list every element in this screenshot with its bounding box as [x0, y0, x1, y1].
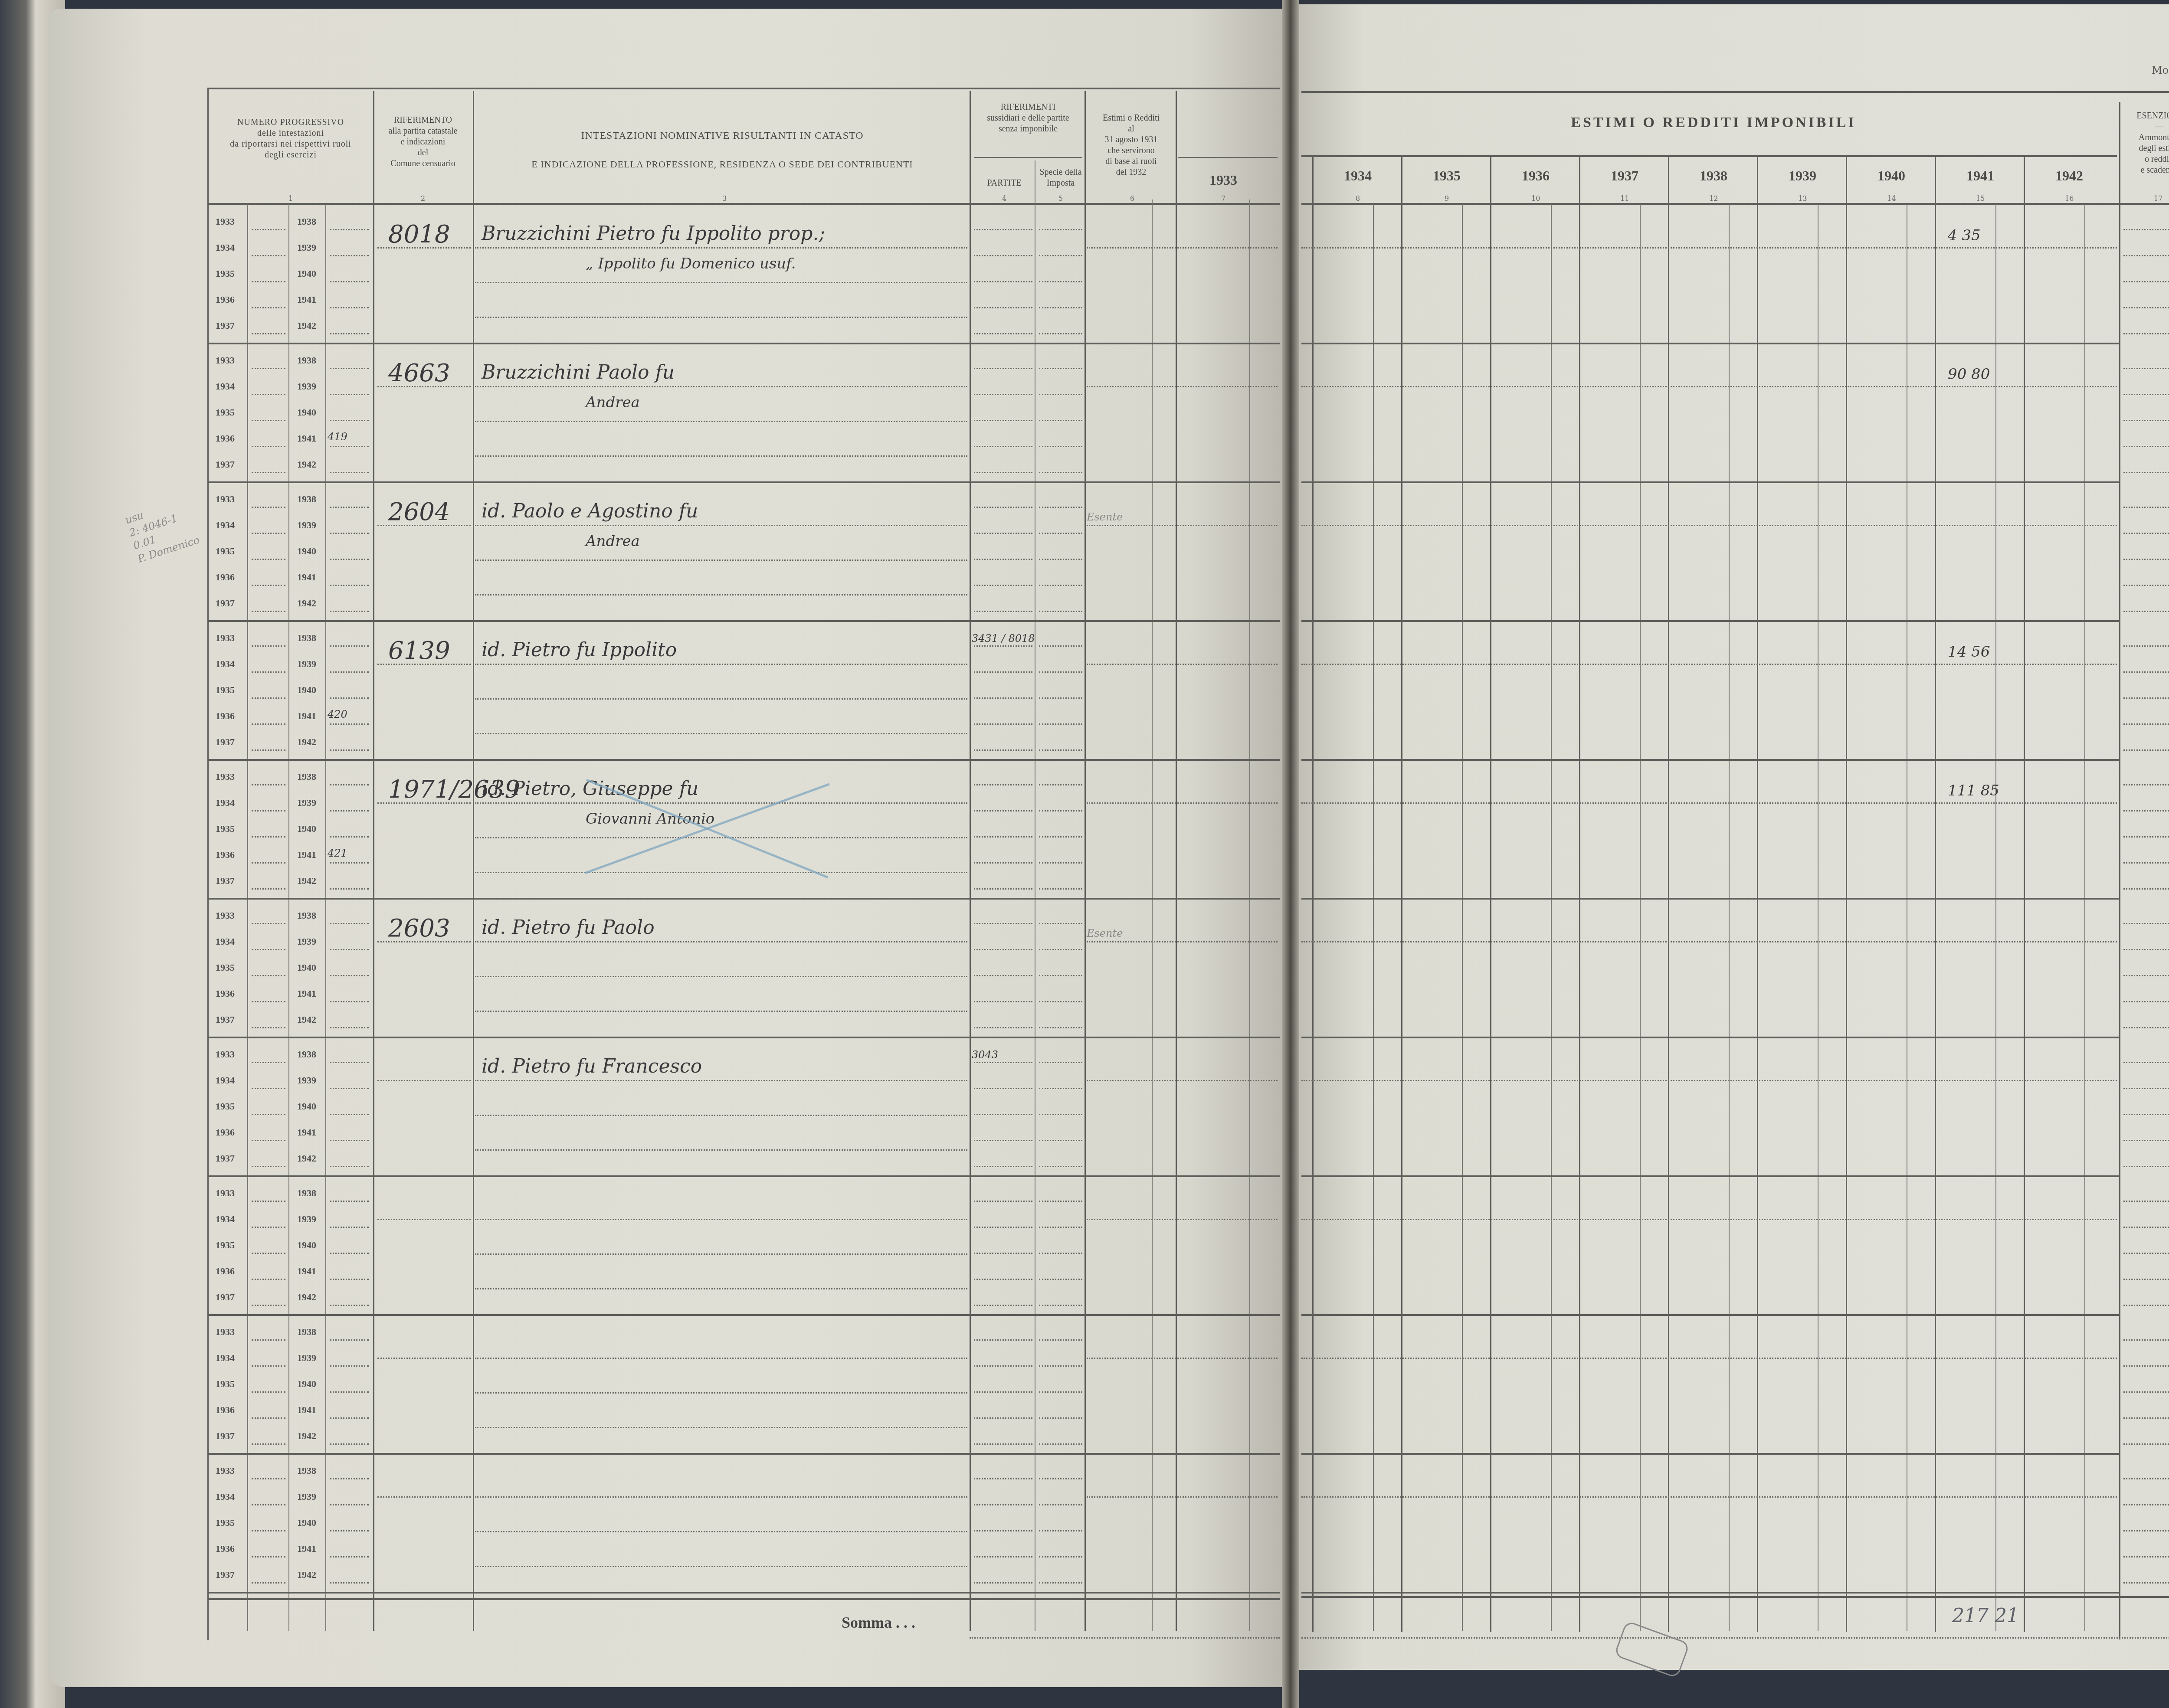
- year-blank: [252, 975, 285, 976]
- col1-number: 1: [286, 194, 295, 203]
- specie-line: [1039, 1582, 1082, 1584]
- year-label: 1935: [216, 962, 235, 973]
- specie-line: [1039, 307, 1082, 308]
- year-label: 1936: [216, 988, 235, 999]
- divider-col6-cents: [1152, 200, 1153, 1631]
- year-label: 1942: [297, 320, 316, 331]
- progressivo-number: 419: [328, 431, 347, 443]
- specie-line: [1039, 1279, 1082, 1280]
- year-label: 1934: [216, 936, 235, 947]
- col15-number: 15: [1976, 194, 1985, 203]
- name-line: [475, 1115, 967, 1116]
- partite-line: [974, 888, 1032, 890]
- year-blank: [252, 446, 285, 447]
- col7-top-divider: [1178, 157, 1278, 158]
- year-label: 1940: [297, 268, 316, 279]
- specie-line: [1039, 533, 1082, 534]
- row-divider: [208, 1314, 1280, 1316]
- year-label: 1940: [297, 407, 316, 418]
- partite-line: [974, 1530, 1032, 1531]
- col10-number: 10: [1531, 194, 1540, 203]
- riferimenti-title: RIFERIMENTI: [972, 102, 1084, 113]
- name-line: [475, 1358, 967, 1359]
- specie-line: [1039, 671, 1082, 673]
- partite-line: [974, 975, 1032, 976]
- owner-name: Bruzzichini Pietro fu Ippolito prop.;: [482, 222, 825, 245]
- esenzioni-line: [2123, 533, 2169, 534]
- year-label: 1938: [297, 1465, 316, 1476]
- year-blank: [330, 1478, 369, 1479]
- col1-sub-a: [247, 204, 248, 1631]
- year-label: 1939: [297, 1214, 316, 1225]
- name-line: [475, 1253, 967, 1255]
- esenzioni-line: [2123, 1478, 2169, 1479]
- partita-number: 2603: [388, 914, 450, 942]
- year-blank: [252, 472, 285, 473]
- estimo-line: [1087, 525, 1278, 526]
- partite-line: [974, 697, 1032, 699]
- owner-name: id. Paolo e Agostino fu: [482, 500, 698, 522]
- year-label: 1935: [216, 546, 235, 557]
- col17-line: degli estimi: [2121, 143, 2169, 154]
- esenzioni-line: [2123, 1088, 2169, 1089]
- estimo-line: [1087, 664, 1278, 665]
- year-blank: [330, 1391, 369, 1393]
- esenzioni-line: [2123, 1001, 2169, 1002]
- year-label: 1933: [216, 494, 235, 505]
- year-column-divider: [1757, 157, 1758, 1632]
- estimo-line: [1087, 1080, 1278, 1081]
- specie-line: [1039, 1504, 1082, 1505]
- col2-line: alla partita catastale: [375, 126, 471, 137]
- partite-line: [974, 585, 1032, 586]
- year-label: 1934: [216, 1075, 235, 1086]
- year-blank: [252, 1001, 285, 1002]
- year-blank: [252, 1088, 285, 1089]
- year-blank: [330, 611, 369, 612]
- estimo-line: [1301, 1358, 2117, 1359]
- specie-line: [1039, 923, 1082, 924]
- esenzioni-line: [2123, 784, 2169, 785]
- year-blank: [330, 472, 369, 473]
- year-header-1938: 1938: [1670, 167, 1757, 184]
- year-label: 1935: [216, 407, 235, 418]
- year-label: 1939: [297, 1075, 316, 1086]
- riferimenti-line: senza imponibile: [972, 124, 1084, 134]
- year-label: 1942: [297, 736, 316, 748]
- esenzioni-line: [2123, 255, 2169, 256]
- esenzioni-line: [2123, 507, 2169, 508]
- partite-line: [974, 1227, 1032, 1228]
- table-left-border: [207, 88, 209, 1640]
- partite-line: [974, 1305, 1032, 1306]
- esenzioni-line: [2123, 1227, 2169, 1228]
- year-label: 1940: [297, 546, 316, 557]
- year-label: 1940: [297, 962, 316, 973]
- col1-title: NUMERO PROGRESSIVO: [213, 117, 369, 128]
- name-line: [475, 247, 967, 249]
- year-blank: [330, 1253, 369, 1254]
- estimo-line: [1087, 1496, 1278, 1498]
- year-blank: [252, 1504, 285, 1505]
- specie-line: [1039, 888, 1082, 890]
- year-blank: [330, 1339, 369, 1341]
- year-label: 1942: [297, 1430, 316, 1442]
- specie-line: [1039, 585, 1082, 586]
- estimo-line: [1087, 1358, 1278, 1359]
- esenzioni-line: [2123, 923, 2169, 924]
- year-blank: [252, 1062, 285, 1063]
- row-divider: [1301, 1314, 2119, 1316]
- year-blank: [330, 862, 369, 864]
- year-blank: [252, 1582, 285, 1584]
- year-blank: [252, 1201, 285, 1202]
- year-blank: [330, 645, 369, 647]
- esenzioni-line: [2123, 1391, 2169, 1393]
- col1-line: da riportarsi nei rispettivi ruoli: [213, 139, 369, 150]
- partite-line: [974, 923, 1032, 924]
- year-header-1941: 1941: [1937, 167, 2024, 184]
- year-label: 1933: [216, 1326, 235, 1338]
- progressivo-number: 420: [328, 708, 347, 720]
- year-blank: [252, 255, 285, 256]
- estimo-line: [1301, 1080, 2117, 1081]
- year-column-divider: [1490, 157, 1491, 1632]
- col17-line: e scadenze: [2121, 165, 2169, 176]
- esenzioni-line: [2123, 559, 2169, 560]
- year-blank: [330, 1001, 369, 1002]
- partita-line: [377, 1080, 471, 1081]
- year-label: 1937: [216, 1153, 235, 1164]
- esenzioni-line: [2123, 1166, 2169, 1167]
- partite-reference: 3043: [972, 1049, 998, 1061]
- estimo-1932: Esente: [1087, 511, 1123, 523]
- year-label: 1942: [297, 1153, 316, 1164]
- owner-name: id. Pietro fu Francesco: [482, 1055, 702, 1077]
- year-blank: [252, 1556, 285, 1557]
- year-label: 1937: [216, 875, 235, 887]
- col1-sub-c: [325, 204, 326, 1631]
- esenzioni-line: [2123, 611, 2169, 612]
- name-line: [475, 421, 967, 422]
- specie-line: [1039, 949, 1082, 950]
- riferimenti-header: RIFERIMENTI sussidiari e delle partite s…: [972, 102, 1084, 134]
- year-label: 1936: [216, 849, 235, 861]
- year-blank: [330, 1556, 369, 1557]
- year-blank: [252, 1339, 285, 1341]
- year-blank: [252, 1365, 285, 1367]
- year-blank: [252, 1253, 285, 1254]
- year-label: 1940: [297, 684, 316, 696]
- owner-name: Bruzzichini Paolo fu: [482, 361, 675, 383]
- name-line: [475, 1496, 967, 1498]
- partite-line: [974, 1114, 1032, 1115]
- year-blank: [252, 1114, 285, 1115]
- specie-line: [1039, 1140, 1082, 1141]
- year-blank: [330, 307, 369, 308]
- year-blank: [330, 1062, 369, 1063]
- esenzioni-line: [2123, 671, 2169, 673]
- col14-number: 14: [1887, 194, 1896, 203]
- year-label: 1935: [216, 1240, 235, 1251]
- cents-divider: [1373, 204, 1374, 1631]
- esenzioni-line: [2123, 281, 2169, 282]
- row-divider: [1301, 481, 2119, 483]
- year-blank: [252, 333, 285, 334]
- specie-line: [1039, 975, 1082, 976]
- year-blank: [330, 1227, 369, 1228]
- partite-line: [974, 1417, 1032, 1419]
- year-label: 1941: [297, 710, 316, 722]
- year-label: 1935: [216, 823, 235, 834]
- year-label: 1942: [297, 459, 316, 470]
- name-line: [475, 733, 967, 734]
- year-blank: [330, 836, 369, 838]
- year-blank: [252, 420, 285, 421]
- year-blank: [252, 1027, 285, 1028]
- owner-name-continued: Andrea: [586, 533, 640, 550]
- name-line: [475, 1149, 967, 1151]
- year-blank: [330, 533, 369, 534]
- col6-line: 31 agosto 1931: [1087, 134, 1176, 145]
- specie-line: [1039, 229, 1082, 230]
- year-blank: [330, 559, 369, 560]
- partite-line: [974, 1253, 1032, 1254]
- divider-col2-col3: [473, 91, 474, 1631]
- year-blank: [330, 949, 369, 950]
- specie-line: [1039, 1530, 1082, 1531]
- esenzioni-line: [2123, 585, 2169, 586]
- col2-line: Comune censuario: [375, 158, 471, 169]
- year-label: 1940: [297, 1101, 316, 1112]
- name-line: [475, 560, 967, 561]
- year-blank: [252, 888, 285, 890]
- estimo-1941: 4 35: [1948, 227, 1981, 244]
- year-blank: [330, 368, 369, 369]
- row-divider: [1301, 759, 2119, 761]
- year-label: 1933: [216, 1049, 235, 1060]
- year-blank: [252, 229, 285, 230]
- estimo-line: [1301, 664, 2117, 665]
- year-header-1940: 1940: [1848, 167, 1935, 184]
- esenzioni-line: [2123, 749, 2169, 751]
- year-label: 1941: [297, 572, 316, 583]
- partite-line: [974, 446, 1032, 447]
- year-blank: [252, 611, 285, 612]
- divider-col7-cents: [1249, 200, 1250, 1631]
- cents-divider: [1995, 204, 1996, 1631]
- year-blank: [330, 697, 369, 699]
- estimo-1941: 90 80: [1948, 366, 1990, 383]
- esenzioni-line: [2123, 420, 2169, 421]
- owner-name: id. Pietro fu Ippolito: [482, 639, 677, 661]
- specie-line: [1039, 559, 1082, 560]
- year-blank: [252, 585, 285, 586]
- partite-line: [974, 1504, 1032, 1505]
- year-label: 1939: [297, 1352, 316, 1364]
- right-page: [1291, 4, 2169, 1670]
- row-divider: [1301, 898, 2119, 900]
- specie-line: [1039, 1253, 1082, 1254]
- estimi-title: ESTIMI O REDDITI IMPONIBILI: [1323, 114, 2104, 132]
- year-label: 1934: [216, 1352, 235, 1364]
- col17-title: ESENZIONI: [2121, 111, 2169, 121]
- specie-line: [1039, 1478, 1082, 1479]
- estimo-line: [1301, 247, 2117, 249]
- row-divider: [208, 898, 1280, 900]
- partite-line: [974, 1391, 1032, 1393]
- form-model-label: Mod. 111 - Imposte Dirette: [2152, 64, 2169, 76]
- partite-line: [974, 281, 1032, 282]
- year-label: 1934: [216, 658, 235, 670]
- year-column-divider: [1401, 157, 1402, 1632]
- col16-number: 16: [2065, 194, 2074, 203]
- year-label: 1934: [216, 797, 235, 808]
- year-blank: [252, 697, 285, 699]
- year-label: 1935: [216, 1517, 235, 1528]
- row-divider: [1301, 1453, 2119, 1455]
- partite-line: [974, 1201, 1032, 1202]
- somma-1941-value: 217 21: [1952, 1605, 2019, 1627]
- year-label: 1939: [297, 658, 316, 670]
- partite-line: [974, 229, 1032, 230]
- col6-header: Estimi o Redditi al 31 agosto 1931 che s…: [1087, 113, 1176, 178]
- year-blank: [252, 1417, 285, 1419]
- year-label: 1934: [216, 1491, 235, 1502]
- years-header-top: [1301, 155, 2117, 157]
- year-label: 1936: [216, 710, 235, 722]
- year-label: 1938: [297, 771, 316, 782]
- name-line: [475, 976, 967, 977]
- name-line: [475, 1011, 967, 1012]
- specie-line: [1039, 446, 1082, 447]
- row-divider: [1301, 1592, 2119, 1593]
- col1-header: NUMERO PROGRESSIVO delle intestazioni da…: [213, 117, 369, 160]
- estimo-line: [1301, 1219, 2117, 1220]
- year-blank: [330, 1417, 369, 1419]
- year-column-divider: [1668, 157, 1669, 1632]
- col8-number: 8: [1353, 194, 1362, 203]
- partite-line: [974, 533, 1032, 534]
- partite-line: [974, 749, 1032, 751]
- name-line: [475, 1219, 967, 1220]
- year-blank: [330, 1166, 369, 1167]
- year-blank: [330, 446, 369, 447]
- cents-divider: [1640, 204, 1641, 1631]
- specie-line: [1039, 1556, 1082, 1557]
- specie-line: [1039, 1062, 1082, 1063]
- header-bottom-border: [208, 203, 1280, 205]
- esenzioni-line: [2123, 394, 2169, 395]
- esenzioni-line: [2123, 1027, 2169, 1028]
- year-blank: [252, 784, 285, 785]
- specie-line: [1039, 1305, 1082, 1306]
- year-blank: [330, 749, 369, 751]
- name-line: [475, 525, 967, 526]
- divider-col4-col5: [1035, 160, 1035, 1631]
- col17-dash: —: [2121, 121, 2169, 132]
- year-blank: [330, 1504, 369, 1505]
- partite-line: [974, 307, 1032, 308]
- year-blank: [330, 1365, 369, 1367]
- col6-line: di base ai ruoli: [1087, 156, 1176, 167]
- form-model-title: Mod. 111 - Imposte Dirette (Intercalare)…: [2152, 64, 2169, 76]
- partite-line: [974, 723, 1032, 725]
- name-line: [475, 386, 967, 387]
- year-blank: [330, 1140, 369, 1141]
- partita-line: [377, 1358, 471, 1359]
- col2-line: del: [375, 147, 471, 158]
- year-label: 1938: [297, 632, 316, 644]
- estimo-1941: 14 56: [1948, 643, 1990, 661]
- year-label: 1934: [216, 1214, 235, 1225]
- partite-line: [974, 1140, 1032, 1141]
- year-label: 1937: [216, 598, 235, 609]
- divider-col5-col6: [1084, 91, 1086, 1631]
- year-label: 1940: [297, 1240, 316, 1251]
- year-column-divider: [1846, 157, 1847, 1632]
- year-blank: [330, 810, 369, 811]
- esenzioni-line: [2123, 645, 2169, 647]
- year-label: 1939: [297, 797, 316, 808]
- year-blank: [252, 949, 285, 950]
- estimo-line: [1301, 386, 2117, 387]
- year-label: 1939: [297, 1491, 316, 1502]
- esenzioni-line: [2123, 1140, 2169, 1141]
- row-divider: [1301, 1037, 2119, 1038]
- col7-year: 1933: [1178, 171, 1269, 189]
- name-line: [475, 1531, 967, 1532]
- partite-line: [974, 1062, 1032, 1063]
- row-divider: [1301, 343, 2119, 344]
- specie-line: [1039, 420, 1082, 421]
- owner-name-continued: Andrea: [586, 394, 640, 411]
- specie-line: [1039, 1027, 1082, 1028]
- row-divider: [208, 759, 1280, 761]
- somma-dotted-right: [1301, 1637, 2169, 1639]
- esenzioni-line: [2123, 472, 2169, 473]
- row-divider: [1301, 1175, 2119, 1177]
- footer-line-left: [208, 1598, 1280, 1600]
- year-blank: [330, 1201, 369, 1202]
- cents-divider: [1729, 204, 1730, 1631]
- somma-dotted-left: [970, 1637, 1280, 1639]
- esenzioni-line: [2123, 1114, 2169, 1115]
- partite-line: [974, 671, 1032, 673]
- progressivo-number: 421: [328, 847, 347, 859]
- col5-label: Specie della Imposta: [1037, 167, 1084, 189]
- esenzioni-line: [2123, 723, 2169, 725]
- esenzioni-line: [2123, 1582, 2169, 1584]
- partite-line: [974, 1339, 1032, 1341]
- cents-divider: [1818, 204, 1818, 1631]
- year-label: 1939: [297, 381, 316, 392]
- estimo-line: [1087, 247, 1278, 249]
- partita-line: [377, 1219, 471, 1220]
- col17-header: ESENZIONI — Ammontare degli estimi o red…: [2121, 111, 2169, 176]
- col6-line: che servirono: [1087, 145, 1176, 156]
- divider-col1-col2: [373, 91, 374, 1631]
- year-label: 1935: [216, 1378, 235, 1390]
- esenzioni-line: [2123, 1443, 2169, 1445]
- esenzioni-line: [2123, 1339, 2169, 1341]
- cents-divider: [1907, 204, 1907, 1631]
- year-label: 1937: [216, 320, 235, 331]
- estimo-line: [1301, 941, 2117, 942]
- year-blank: [252, 723, 285, 725]
- specie-line: [1039, 1443, 1082, 1445]
- year-blank: [330, 229, 369, 230]
